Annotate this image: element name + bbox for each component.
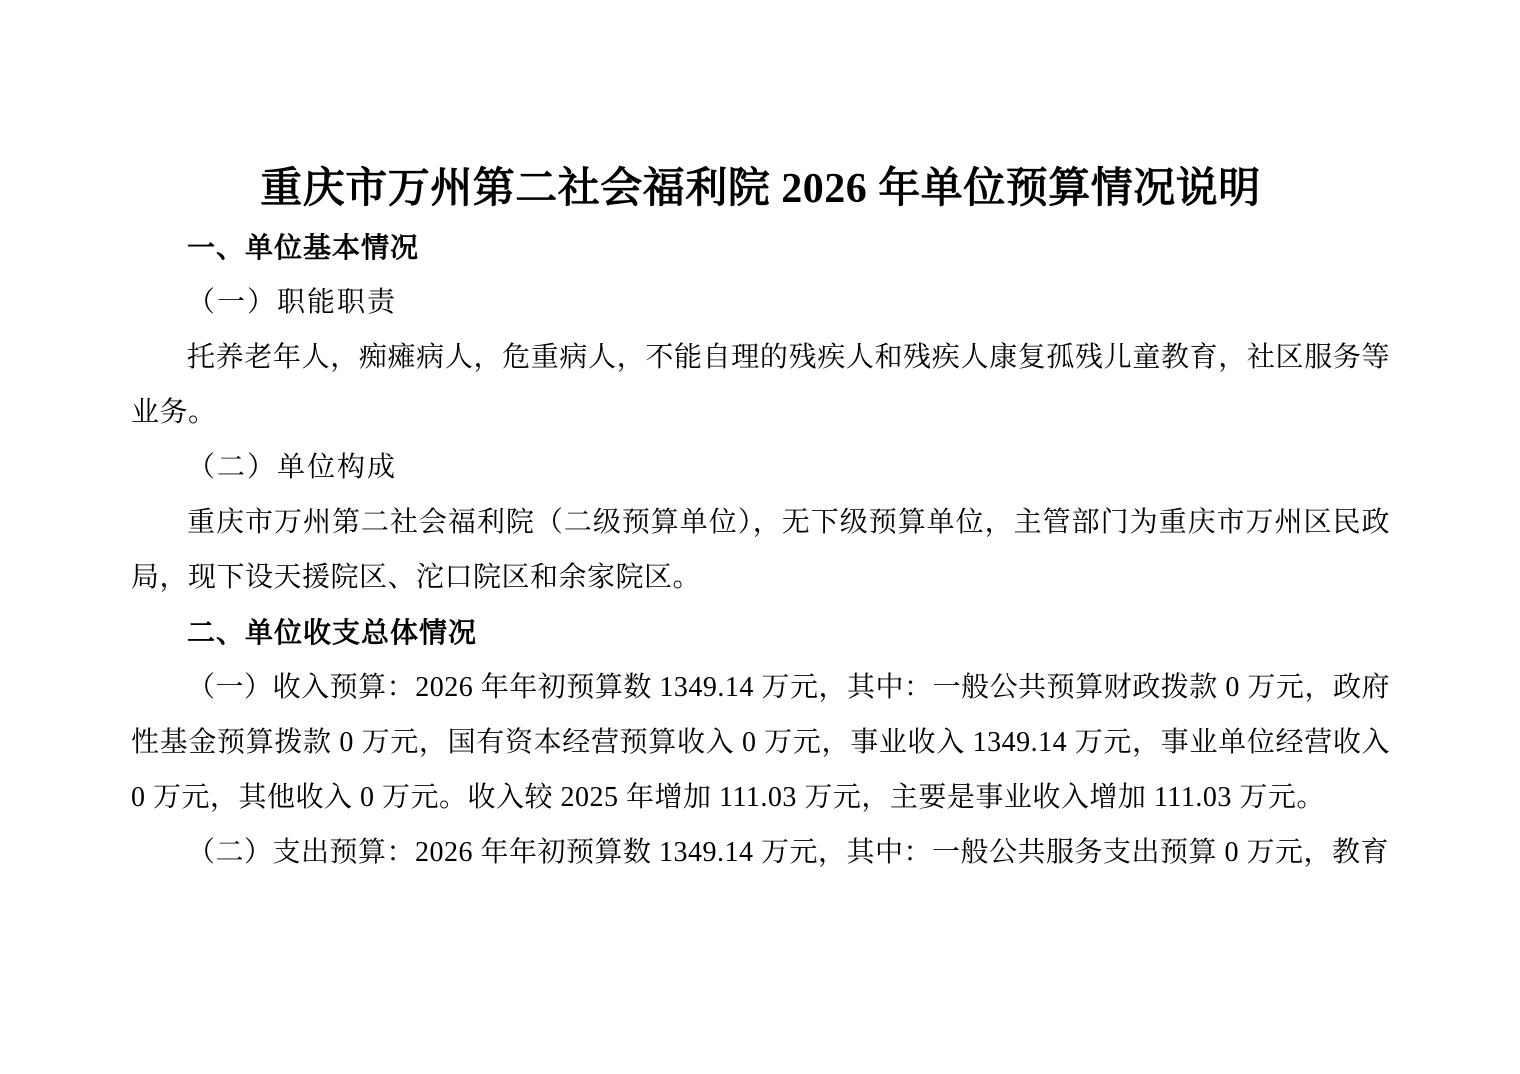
paragraph-expenditure-budget: （二）支出预算：2026 年年初预算数 1349.14 万元，其中：一般公共服务… — [131, 825, 1390, 880]
paragraph-income-budget: （一）收入预算：2026 年年初预算数 1349.14 万元，其中：一般公共预算… — [131, 660, 1390, 825]
section-1-2-subheading: （二）单位构成 — [131, 440, 1390, 495]
document-title: 重庆市万州第二社会福利院 2026 年单位预算情况说明 — [131, 158, 1390, 220]
section-1-1-subheading: （一）职能职责 — [131, 275, 1390, 330]
document-page: 重庆市万州第二社会福利院 2026 年单位预算情况说明 一、单位基本情况 （一）… — [0, 0, 1520, 1074]
section-2-heading: 二、单位收支总体情况 — [131, 605, 1390, 660]
document-content: 重庆市万州第二社会福利院 2026 年单位预算情况说明 一、单位基本情况 （一）… — [131, 158, 1390, 880]
paragraph-duties: 托养老年人，痴瘫病人，危重病人，不能自理的残疾人和残疾人康复孤残儿童教育，社区服… — [131, 330, 1390, 440]
section-1-heading: 一、单位基本情况 — [131, 220, 1390, 275]
paragraph-unit-composition: 重庆市万州第二社会福利院（二级预算单位），无下级预算单位，主管部门为重庆市万州区… — [131, 495, 1390, 605]
